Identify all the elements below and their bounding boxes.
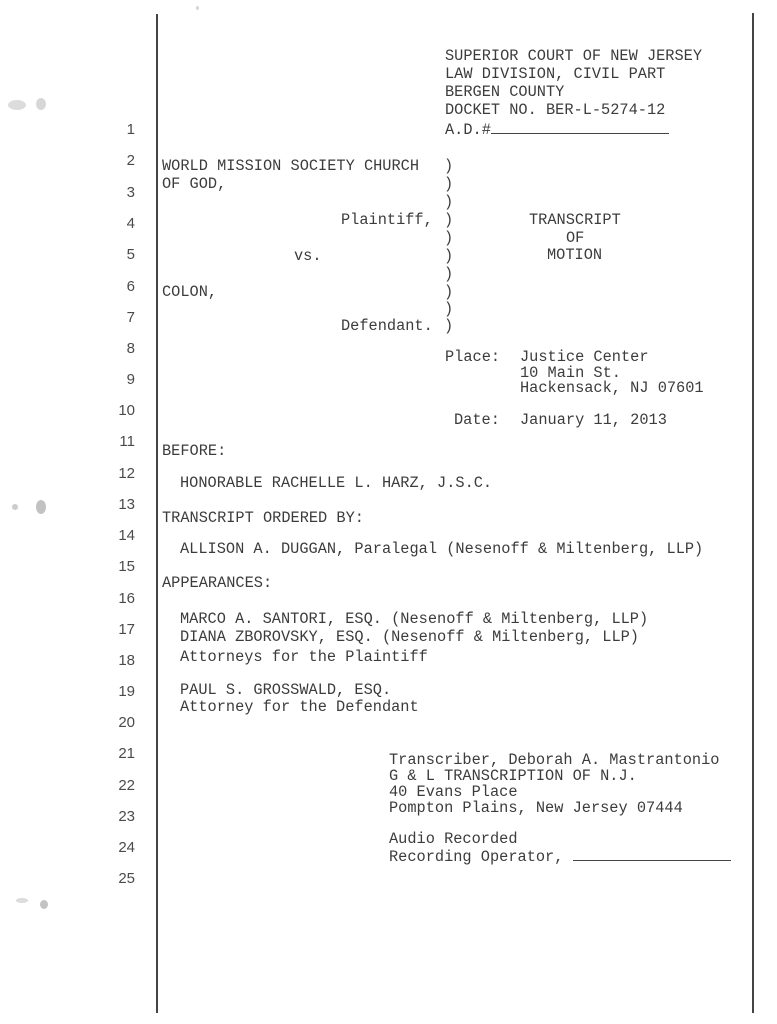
line-number: 3: [95, 184, 135, 202]
transcript-page: 1 2 3 4 5 6 7 8 9 10 11 12 13 14 15 16 1…: [0, 0, 777, 1024]
line-number: 2: [95, 152, 135, 170]
line-number: 5: [95, 246, 135, 264]
line-number: 20: [95, 714, 135, 732]
ad-number-field: A.D.#: [445, 119, 669, 139]
versus: vs.: [294, 247, 322, 265]
ad-number-blank: [491, 119, 669, 134]
ordered-by-value: ALLISON A. DUGGAN, Paralegal (Nesenoff &…: [180, 540, 703, 558]
paren: ): [444, 300, 453, 318]
docket-number: DOCKET NO. BER-L-5274-12: [445, 101, 665, 119]
plaintiff-counsel: MARCO A. SANTORI, ESQ. (Nesenoff & Milte…: [180, 610, 648, 628]
before-heading: BEFORE:: [162, 442, 226, 460]
line-number: 8: [95, 340, 135, 358]
paren: ): [444, 229, 453, 247]
paren: ): [444, 211, 453, 229]
plaintiff-counsel-role: Attorneys for the Plaintiff: [180, 648, 428, 666]
court-county: BERGEN COUNTY: [445, 83, 564, 101]
ordered-by-heading: TRANSCRIPT ORDERED BY:: [162, 509, 364, 527]
paren: ): [444, 283, 453, 301]
paren: ): [444, 157, 453, 175]
line-number: 12: [95, 465, 135, 483]
left-margin-rule: [156, 14, 158, 1013]
appearances-heading: APPEARANCES:: [162, 574, 272, 592]
line-number: 13: [95, 496, 135, 514]
recording-operator-label: Recording Operator,: [389, 848, 563, 866]
court-division: LAW DIVISION, CIVIL PART: [445, 65, 665, 83]
title-line: TRANSCRIPT: [529, 211, 621, 229]
title-line: OF: [566, 229, 584, 247]
plaintiff-name-cont: OF GOD,: [162, 175, 226, 193]
recording-operator-field: Recording Operator,: [389, 846, 731, 866]
scan-artifact: [40, 900, 48, 909]
recording-operator-blank: [573, 846, 731, 861]
right-margin-rule: [752, 13, 754, 1013]
line-number: 17: [95, 621, 135, 639]
defendant-name: COLON,: [162, 283, 217, 301]
line-number: 6: [95, 278, 135, 296]
line-number: 25: [95, 870, 135, 888]
date-label: Date:: [454, 411, 500, 429]
scan-artifact: [16, 898, 28, 903]
line-number: 22: [95, 777, 135, 795]
line-number: 21: [95, 745, 135, 763]
ad-label: A.D.#: [445, 121, 491, 139]
plaintiff-name: WORLD MISSION SOCIETY CHURCH: [162, 157, 419, 175]
judge-name: HONORABLE RACHELLE L. HARZ, J.S.C.: [180, 474, 492, 492]
place-line: Hackensack, NJ 07601: [520, 379, 704, 397]
defendant-counsel-role: Attorney for the Defendant: [180, 698, 419, 716]
defendant-counsel: PAUL S. GROSSWALD, ESQ.: [180, 681, 391, 699]
paren: ): [444, 193, 453, 211]
line-number: 14: [95, 527, 135, 545]
title-line: MOTION: [547, 246, 602, 264]
line-number: 1: [95, 121, 135, 139]
scan-artifact: [36, 500, 46, 514]
line-number: 23: [95, 808, 135, 826]
paren: ): [444, 317, 453, 335]
date-value: January 11, 2013: [520, 411, 667, 429]
plaintiff-role: Plaintiff,: [341, 211, 433, 229]
paren: ): [444, 265, 453, 283]
scan-artifact: [36, 98, 46, 110]
line-number: 18: [95, 652, 135, 670]
line-number: 16: [95, 590, 135, 608]
paren: ): [444, 175, 453, 193]
defendant-role: Defendant.: [341, 317, 433, 335]
line-number: 9: [95, 371, 135, 389]
line-number: 24: [95, 839, 135, 857]
scan-artifact: [196, 6, 199, 10]
scan-artifact: [12, 504, 18, 510]
paren: ): [444, 247, 453, 265]
plaintiff-counsel: DIANA ZBOROVSKY, ESQ. (Nesenoff & Milten…: [180, 628, 639, 646]
line-number: 15: [95, 558, 135, 576]
transcriber-city: Pompton Plains, New Jersey 07444: [389, 799, 683, 817]
court-name: SUPERIOR COURT OF NEW JERSEY: [445, 47, 702, 65]
place-label: Place:: [445, 348, 500, 366]
line-number: 19: [95, 683, 135, 701]
line-number: 10: [95, 402, 135, 420]
line-number: 7: [95, 309, 135, 327]
line-number: 11: [95, 433, 135, 451]
scan-artifact: [8, 100, 26, 110]
line-number: 4: [95, 215, 135, 233]
